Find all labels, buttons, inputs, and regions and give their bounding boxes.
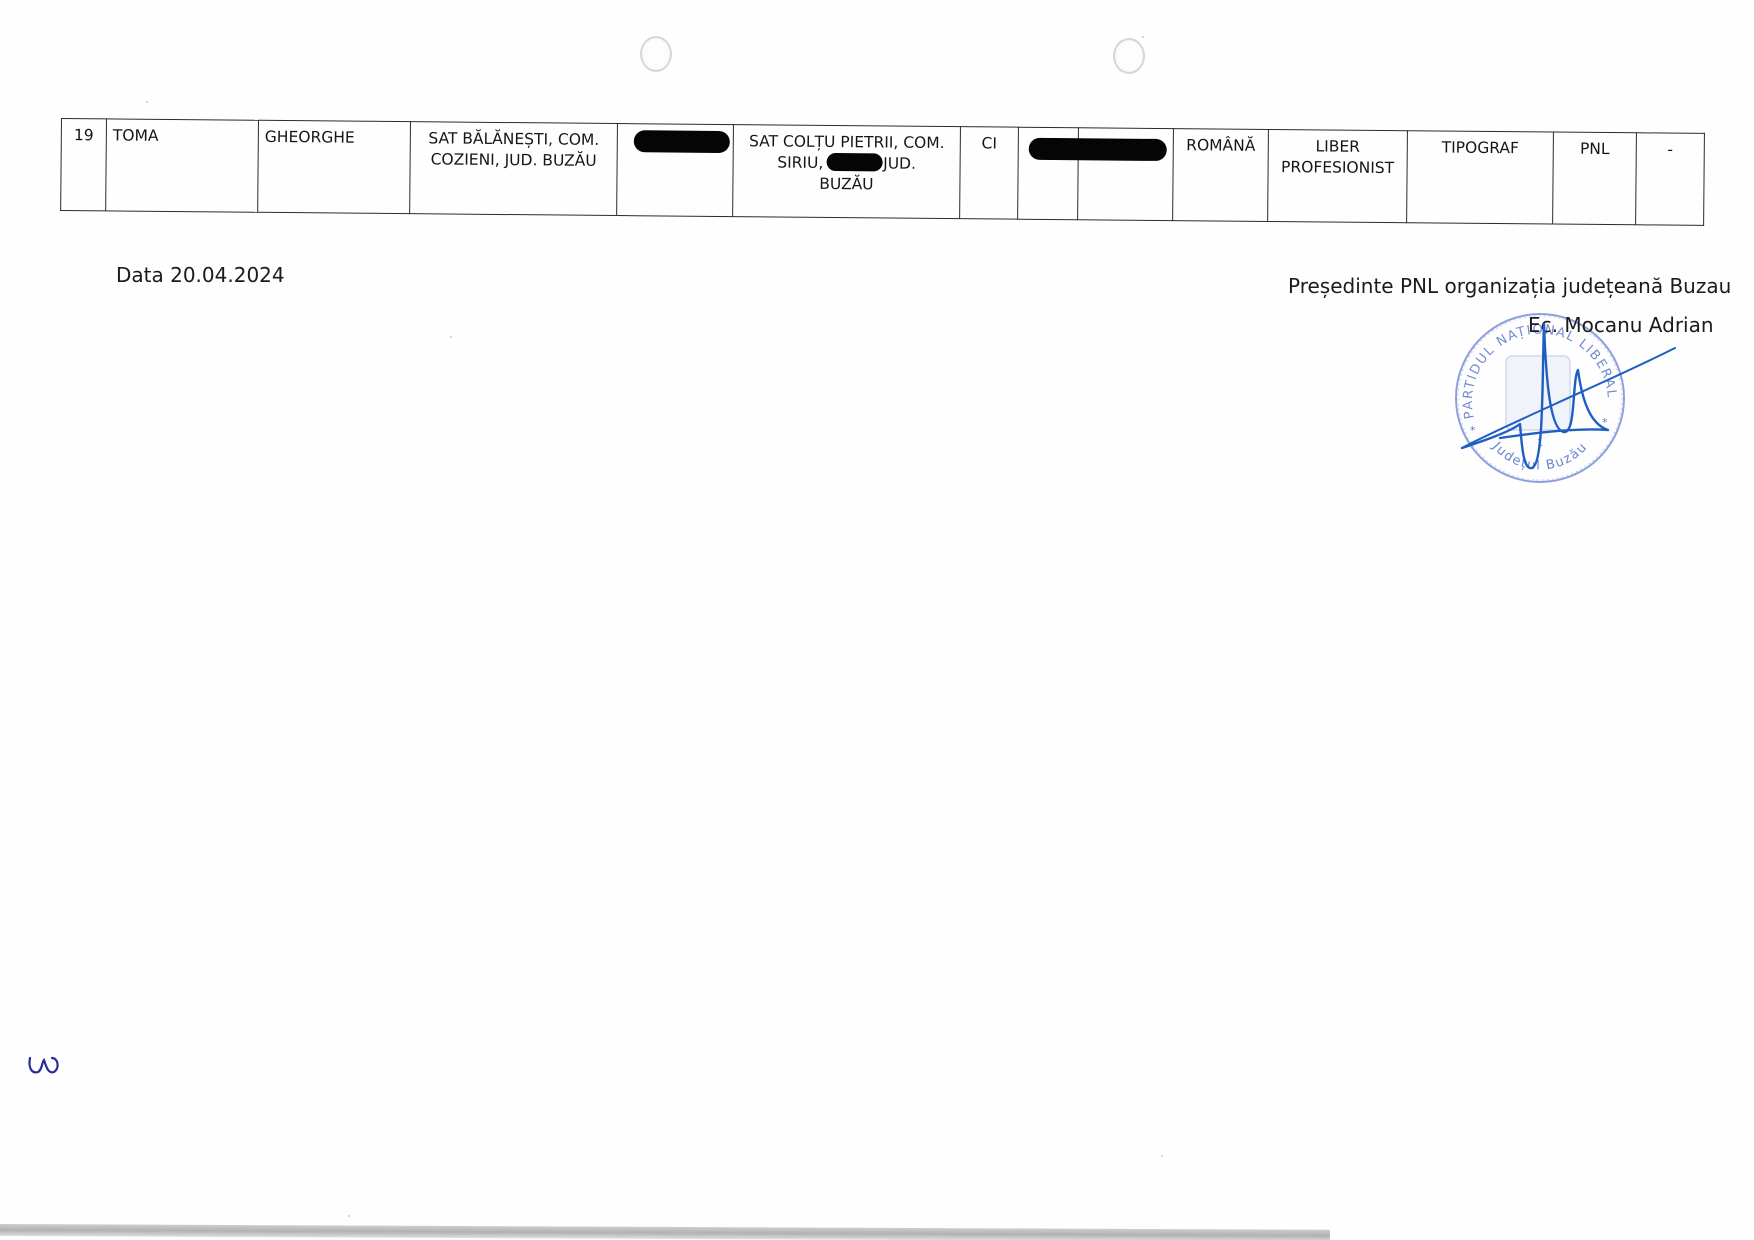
scan-speck bbox=[1161, 1155, 1163, 1157]
candidates-table-wrapper: 19 TOMA GHEORGHE SAT BĂLĂNEȘTI, COM. COZ… bbox=[60, 118, 1705, 226]
first-name: GHEORGHE bbox=[265, 128, 355, 147]
profession: TIPOGRAF bbox=[1442, 139, 1519, 158]
birthplace-line-2-prefix: SIRIU, bbox=[777, 154, 823, 172]
domicile-line-1: SAT BĂLĂNEȘTI, COM. bbox=[417, 128, 611, 151]
scanner-edge-shadow bbox=[0, 1224, 1330, 1240]
cell-id-series bbox=[1018, 127, 1079, 220]
signatory-title: Președinte PNL organizația județeană Buz… bbox=[1288, 274, 1731, 298]
row-index: 19 bbox=[74, 126, 94, 144]
id-type: CI bbox=[982, 134, 998, 152]
party: PNL bbox=[1580, 140, 1610, 158]
scanned-page: 19 TOMA GHEORGHE SAT BĂLĂNEȘTI, COM. COZ… bbox=[0, 0, 1754, 1240]
scan-speck bbox=[450, 336, 452, 338]
punch-hole-right bbox=[1113, 38, 1145, 74]
birthplace-line-1: SAT COLȚU PIETRII, COM. bbox=[740, 131, 954, 154]
cell-first-name: GHEORGHE bbox=[258, 120, 411, 213]
cell-id-type: CI bbox=[960, 127, 1019, 220]
punch-hole-left bbox=[640, 36, 672, 72]
document-date: Data 20.04.2024 bbox=[116, 263, 285, 287]
scan-speck bbox=[1142, 36, 1144, 38]
cell-occupation: LIBER PROFESIONIST bbox=[1268, 129, 1408, 222]
redaction-bar bbox=[826, 153, 882, 172]
birthplace-line-2-suffix: JUD. bbox=[883, 154, 916, 172]
occupation-line-1: LIBER bbox=[1275, 136, 1401, 158]
other-value: - bbox=[1667, 141, 1673, 159]
cell-other: - bbox=[1636, 133, 1705, 226]
table-row: 19 TOMA GHEORGHE SAT BĂLĂNEȘTI, COM. COZ… bbox=[61, 119, 1705, 226]
birthplace-line-3: BUZĂU bbox=[739, 173, 953, 196]
cell-profession: TIPOGRAF bbox=[1407, 131, 1554, 224]
cell-surname: TOMA bbox=[106, 119, 259, 212]
scan-speck bbox=[348, 1215, 350, 1217]
handwritten-page-number-icon bbox=[24, 1050, 64, 1078]
cell-citizenship: ROMÂNĂ bbox=[1173, 129, 1269, 222]
occupation-line-2: PROFESIONIST bbox=[1275, 157, 1401, 179]
cell-redacted-personal-code bbox=[617, 124, 734, 217]
redaction-bar bbox=[1029, 138, 1167, 161]
candidates-table: 19 TOMA GHEORGHE SAT BĂLĂNEȘTI, COM. COZ… bbox=[60, 118, 1705, 226]
cell-party: PNL bbox=[1553, 132, 1637, 225]
scan-speck bbox=[146, 101, 148, 103]
birthplace-line-2: SIRIU, JUD. bbox=[740, 152, 954, 175]
cell-index: 19 bbox=[61, 119, 107, 211]
surname: TOMA bbox=[113, 126, 159, 144]
cell-birthplace: SAT COLȚU PIETRII, COM. SIRIU, JUD. BUZĂ… bbox=[733, 125, 961, 219]
handwritten-signature-icon bbox=[1460, 320, 1680, 480]
citizenship: ROMÂNĂ bbox=[1186, 136, 1255, 155]
cell-domicile: SAT BĂLĂNEȘTI, COM. COZIENI, JUD. BUZĂU bbox=[410, 122, 618, 216]
domicile-line-2: COZIENI, JUD. BUZĂU bbox=[417, 149, 611, 172]
redaction-bar bbox=[634, 130, 730, 153]
